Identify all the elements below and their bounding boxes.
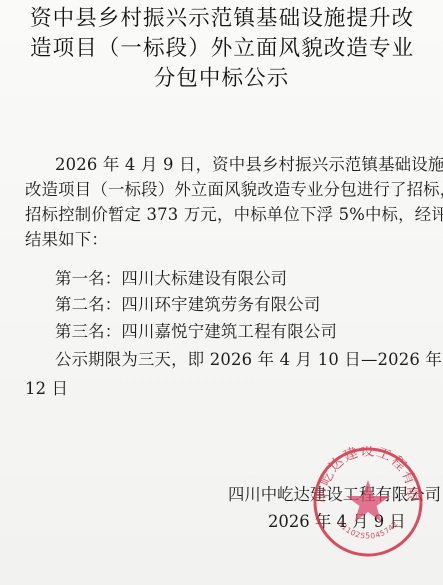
ranking-first: 第一名：四川大标建设有限公司 bbox=[55, 267, 287, 291]
body-line-4: 结果如下： bbox=[25, 228, 108, 252]
title-line-2: 造项目（一标段）外立面风貌改造专业 bbox=[30, 34, 443, 64]
title-line-1: 资中县乡村振兴示范镇基础设施提升改 bbox=[30, 4, 443, 34]
body-line-2: 改造项目（一标段）外立面风貌改造专业分包进行了招标， bbox=[25, 178, 443, 202]
ranking-third: 第三名：四川嘉悦宁建筑工程有限公司 bbox=[55, 320, 337, 344]
notice-line-1: 公示期限为三天，即 2026 年 4 月 10 日—2026 年 4 月 bbox=[55, 348, 443, 372]
title-line-3: 分包中标公示 bbox=[0, 64, 443, 94]
document-page: 资中县乡村振兴示范镇基础设施提升改 造项目（一标段）外立面风貌改造专业 分包中标… bbox=[0, 0, 443, 585]
signature-company: 四川中屹达建设工程有限公司 bbox=[228, 483, 441, 507]
body-line-1: 2026 年 4 月 9 日，资中县乡村振兴示范镇基础设施提升 bbox=[55, 153, 443, 177]
ranking-second: 第二名：四川环宇建筑劳务有限公司 bbox=[55, 293, 320, 317]
signature-date: 2026 年 4 月 9 日 bbox=[268, 510, 406, 534]
body-line-3: 招标控制价暂定 373 万元，中标单位下浮 5%中标，经评审 bbox=[25, 203, 443, 227]
notice-line-2: 12 日 bbox=[25, 377, 68, 401]
